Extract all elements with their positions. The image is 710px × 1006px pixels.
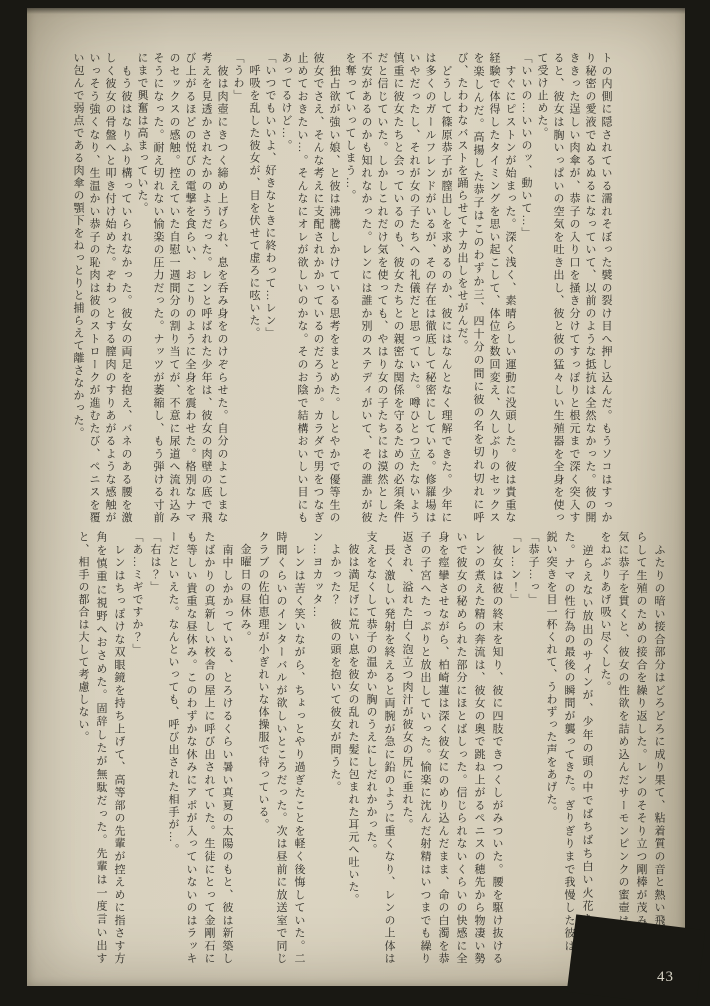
paragraph: よかった？ 彼の頭を抱いて彼女が問うた。 — [326, 531, 344, 965]
paragraph: 独占欲が強い娘、と彼は沸騰しかけている思考をまとめた。しとやかで優等生の彼女でさ… — [278, 52, 342, 524]
paragraph: 彼は満足げに荒い息を彼女の乱れた髪に包まれた耳元へ吐いた。 — [344, 531, 362, 965]
paragraph: どうして篠原恭子が膣出しを求めるのか、彼にはなんとなく理解できた。少年には多くの… — [342, 52, 454, 524]
page-corner-shadow — [567, 914, 706, 1006]
book-page: トの内側に隠されている濡れそぼった襞の裂け目へ押し込んだ。もうソコはすっかり秘密… — [27, 8, 685, 986]
paragraph: 彼は肉壺にきつく締め上げられ、息を呑み身をのけぞらせた。自分のよこしまな考えを見… — [134, 52, 230, 524]
paragraph: レンはちっぽけな双眼鏡を持ち上げて、高等部の先輩が控えめに指さす方角を慎重に視野… — [74, 531, 128, 965]
text-block-lower: ふたりの暗い接合部分はどろどろに成り果て、粘着質の音と熱い飛沫を垂らして生殖のた… — [52, 531, 668, 965]
paragraph: ン…ヨカッタ… — [308, 531, 326, 965]
paragraph: 「いいの…いいのッ、動いて…」 — [518, 52, 534, 524]
paragraph: もう彼はなりふり構っていられなかった。彼女の両足を抱え、バネのある腰を激しく彼女… — [70, 52, 134, 524]
paragraph: 逆らえない放出のサインが、少年の頭の中でばちばち白い火花を散らした。ナマの性行為… — [542, 531, 596, 965]
paragraph: レンは苦く笑いながら、ちょっとやり過ぎたことを軽く後悔していた。二時間くらいのイ… — [254, 531, 308, 965]
paragraph: トの内側に隠されている濡れそぼった襞の裂け目へ押し込んだ。もうソコはすっかり秘密… — [534, 52, 614, 524]
paragraph: 「あ…ミギですか？」 — [128, 531, 146, 965]
paragraph: 「レ…ン！」 — [506, 531, 524, 965]
paragraph: ふたりの暗い接合部分はどろどろに成り果て、粘着質の音と熱い飛沫を垂らして生殖のた… — [596, 531, 668, 965]
page-number: 43 — [657, 969, 674, 986]
paragraph: 呼吸を乱した彼女が、目を伏せて虚ろに呟いた。 — [246, 52, 262, 524]
scanned-page-photo: トの内側に隠されている濡れそぼった襞の裂け目へ押し込んだ。もうソコはすっかり秘密… — [0, 0, 710, 1006]
paragraph: 「いつでもいいよ、好きなときに終わって…レン」 — [262, 52, 278, 524]
paragraph: 「うわ」 — [230, 52, 246, 524]
paragraph: 「右は？」 — [146, 531, 164, 965]
paragraph: 南中しかかっている、とろけるくらい暑い真夏の太陽のもと、彼は新築したばかりの真新… — [164, 531, 236, 965]
paragraph: 長く激しい発射を終えると両腕が急に鉛のように重くなり、レンの上体は支えをなくして… — [362, 531, 398, 965]
paragraph: すぐにピストンが始まった。深く浅く、素晴らしい運動に没頭した。彼は貴重な経験で体… — [454, 52, 518, 524]
paragraph: 彼女は彼の終末を知り、彼に四肢できつくしがみついた。腰を駆け抜けるレンの煮えた精… — [398, 531, 506, 965]
text-block-upper: トの内側に隠されている濡れそぼった襞の裂け目へ押し込んだ。もうソコはすっかり秘密… — [52, 52, 614, 524]
paragraph: 「恭子…っ」 — [524, 531, 542, 965]
page-edge-shadow — [27, 8, 685, 14]
paragraph: 金曜日の昼休み。 — [236, 531, 254, 965]
